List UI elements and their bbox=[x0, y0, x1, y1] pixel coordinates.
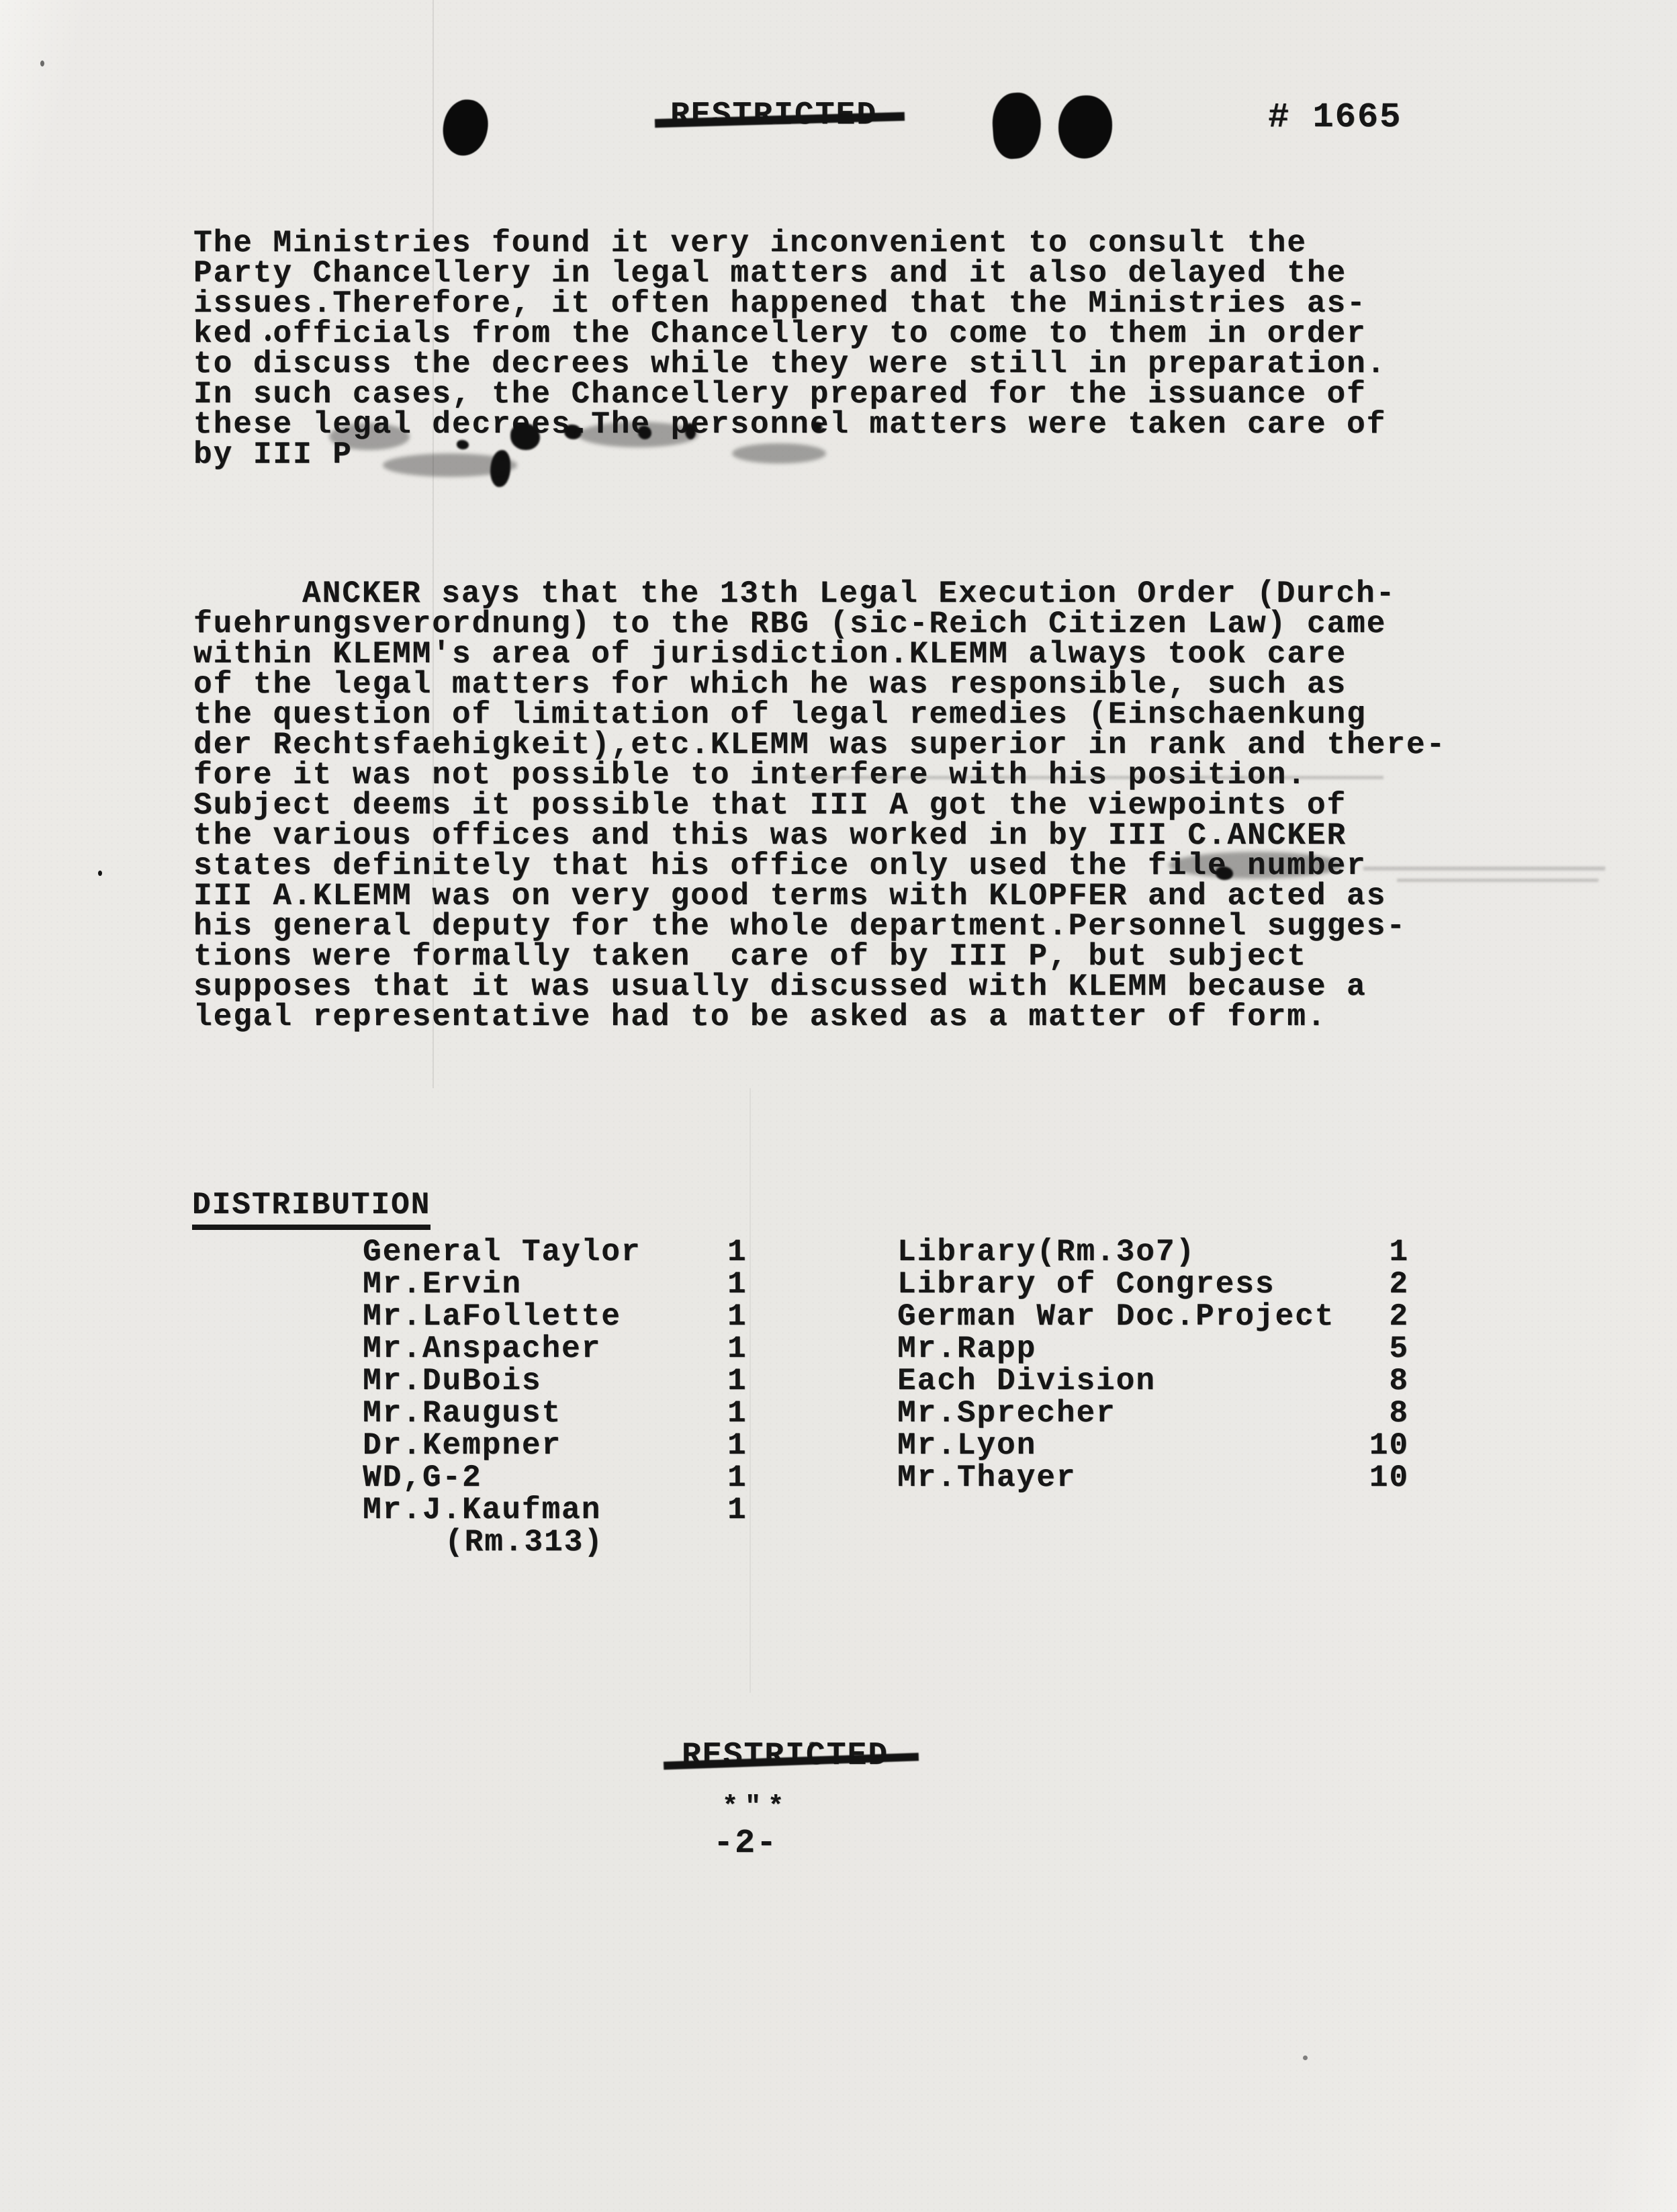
list-item: Mr.Sprecher8 bbox=[897, 1397, 1409, 1429]
scan-streak bbox=[792, 776, 1384, 779]
document-number: # 1665 bbox=[1268, 102, 1402, 132]
recipient-name: Mr.Rapp bbox=[897, 1331, 1036, 1366]
copy-count: 1 bbox=[727, 1494, 747, 1526]
list-item: Mr.Raugust1 bbox=[363, 1397, 819, 1429]
recipient-name: Mr.Thayer bbox=[897, 1460, 1076, 1495]
copy-count: 1 bbox=[727, 1333, 747, 1365]
list-item: Mr.DuBois1 bbox=[363, 1365, 819, 1397]
recipient-name: Dr.Kempner bbox=[363, 1428, 561, 1463]
copy-count: 8 bbox=[1328, 1397, 1409, 1429]
copy-count: 1 bbox=[727, 1429, 747, 1462]
copy-count: 1 bbox=[727, 1268, 747, 1300]
scanned-document-page: RESTRICTED # 1665 The Ministries found i… bbox=[0, 0, 1677, 2212]
recipient-name: Library of Congress bbox=[897, 1267, 1275, 1302]
list-item: Mr.Thayer10 bbox=[897, 1462, 1409, 1494]
distribution-right-column: Library(Rm.3o7)1 Library of Congress2 Ge… bbox=[897, 1236, 1409, 1494]
distribution-left-column: General Taylor1 Mr.Ervin1 Mr.LaFollette1… bbox=[363, 1236, 819, 1558]
list-item: Mr.Rapp5 bbox=[897, 1333, 1409, 1365]
scan-speck bbox=[809, 1742, 815, 1746]
copy-count: 10 bbox=[1328, 1462, 1409, 1494]
copy-count: 2 bbox=[1328, 1268, 1409, 1300]
scan-speck bbox=[265, 335, 271, 341]
copy-count: 8 bbox=[1328, 1365, 1409, 1397]
copy-count: 5 bbox=[1328, 1333, 1409, 1365]
recipient-name: Mr.Ervin bbox=[363, 1267, 522, 1302]
recipient-name: General Taylor bbox=[363, 1235, 641, 1270]
ink-smudge bbox=[1142, 840, 1625, 900]
recipient-name: German War Doc.Project bbox=[897, 1299, 1334, 1334]
recipient-name: Mr.Lyon bbox=[897, 1428, 1036, 1463]
scan-speck bbox=[98, 871, 102, 876]
copy-count: 10 bbox=[1328, 1429, 1409, 1462]
recipient-name: Mr.DuBois bbox=[363, 1364, 541, 1399]
recipient-name: Mr.LaFollette bbox=[363, 1299, 621, 1334]
list-item: Mr.Lyon10 bbox=[897, 1429, 1409, 1462]
recipient-name: Mr.Sprecher bbox=[897, 1396, 1116, 1431]
copy-count: 1 bbox=[727, 1365, 747, 1397]
recipient-name: Library(Rm.3o7) bbox=[897, 1235, 1195, 1270]
scan-speck bbox=[1303, 2055, 1308, 2060]
list-item: Mr.LaFollette1 bbox=[363, 1300, 819, 1333]
copy-count: 1 bbox=[727, 1397, 747, 1429]
scan-speck bbox=[40, 60, 44, 67]
distribution-heading: DISTRIBUTION bbox=[192, 1190, 430, 1230]
copy-count: 1 bbox=[727, 1236, 747, 1268]
list-item: German War Doc.Project2 bbox=[897, 1300, 1409, 1333]
recipient-name: WD,G-2 bbox=[363, 1460, 482, 1495]
recipient-name: Mr.J.Kaufman bbox=[363, 1493, 601, 1528]
list-item: Mr.J.Kaufman1 bbox=[363, 1494, 819, 1526]
list-item: Library(Rm.3o7)1 bbox=[897, 1236, 1409, 1268]
copy-count: 1 bbox=[1328, 1236, 1409, 1268]
recipient-name: Mr.Raugust bbox=[363, 1396, 561, 1431]
recipient-room: (Rm.313) bbox=[445, 1525, 604, 1560]
list-item: Mr.Anspacher1 bbox=[363, 1333, 819, 1365]
ink-blot-icon bbox=[991, 91, 1044, 161]
list-item: Mr.Ervin1 bbox=[363, 1268, 819, 1300]
ink-blot-icon bbox=[439, 97, 491, 159]
list-item: Library of Congress2 bbox=[897, 1268, 1409, 1300]
typed-marks: *"* bbox=[722, 1792, 790, 1822]
ink-blot-icon bbox=[1058, 95, 1112, 159]
page-number: -2- bbox=[713, 1828, 778, 1859]
paragraph-ancker: ANCKER says that the 13th Legal Executio… bbox=[193, 579, 1469, 1032]
copy-count: 1 bbox=[727, 1462, 747, 1494]
recipient-name: Each Division bbox=[897, 1364, 1156, 1399]
copy-count: 1 bbox=[727, 1300, 747, 1333]
ink-smudge bbox=[289, 403, 880, 490]
list-item: General Taylor1 bbox=[363, 1236, 819, 1268]
recipient-name: Mr.Anspacher bbox=[363, 1331, 601, 1366]
list-item: (Rm.313) bbox=[363, 1526, 819, 1558]
list-item: WD,G-21 bbox=[363, 1462, 819, 1494]
copy-count: 2 bbox=[1328, 1300, 1409, 1333]
list-item: Dr.Kempner1 bbox=[363, 1429, 819, 1462]
list-item: Each Division8 bbox=[897, 1365, 1409, 1397]
